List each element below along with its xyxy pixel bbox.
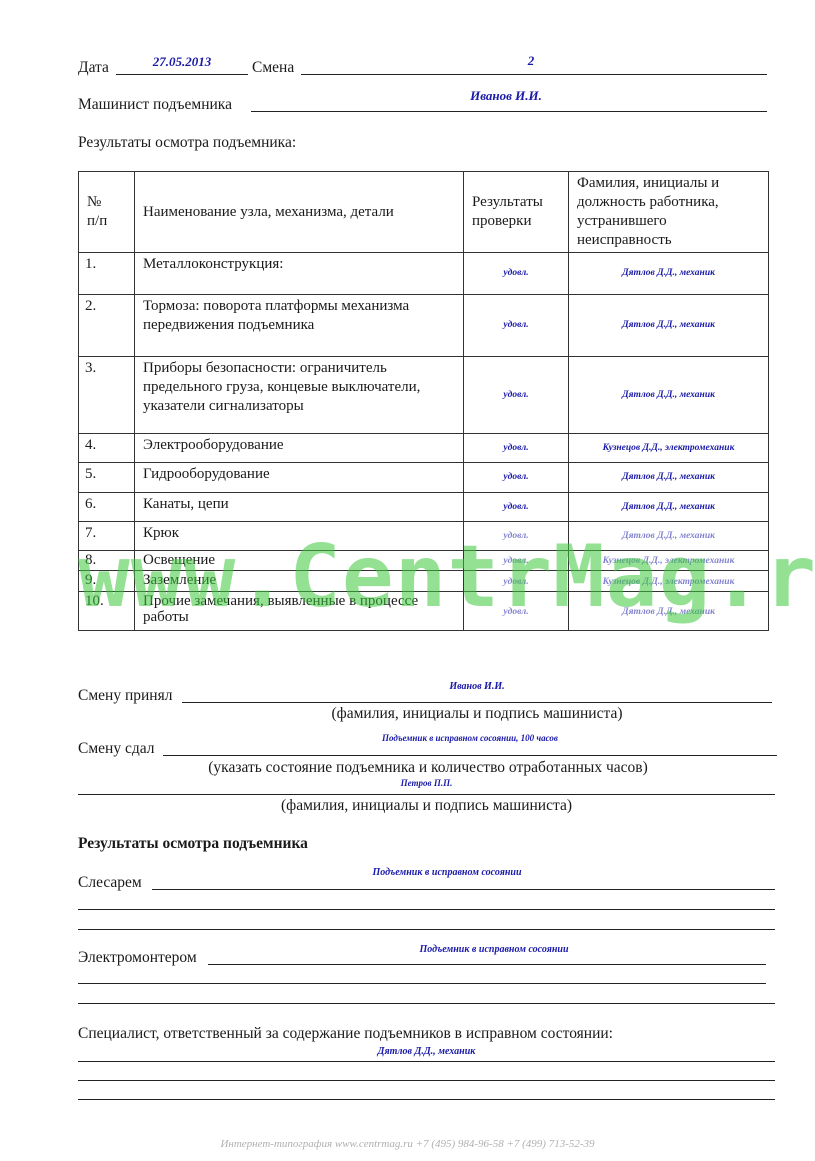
row-item-name: Канаты, цепи [135,493,464,522]
row-worker[interactable]: Дятлов Д.Д., механик [569,493,769,522]
operator-label: Машинист подъемника [78,96,232,114]
inspection-title: Результаты осмотра подъемника [78,835,308,853]
row-worker[interactable]: Дятлов Д.Д., механик [569,357,769,434]
row-worker[interactable]: Кузнецов Д.Д., электромеханик [569,551,769,571]
row-result[interactable]: удовл. [464,463,569,493]
shift-handed-value[interactable]: Подъемник в исправном сосоянии, 100 часо… [163,733,777,743]
row-worker[interactable]: Дятлов Д.Д., механик [569,592,769,631]
row-result[interactable]: удовл. [464,434,569,463]
shift-line [301,74,767,75]
locksmith-line-3 [78,929,775,930]
handed-by-caption: (фамилия, инициалы и подпись машиниста) [78,797,775,815]
operator-line [251,111,767,112]
row-result[interactable]: удовл. [464,522,569,551]
row-item-name: Заземление [135,571,464,592]
date-label: Дата [78,59,109,77]
handed-by-value[interactable]: Петров П.П. [78,778,775,788]
row-number: 7. [79,522,135,551]
table-row: 2.Тормоза: поворота платформы механизма … [79,295,769,357]
locksmith-value[interactable]: Подъемник в исправном сосоянии [152,867,742,878]
row-number: 3. [79,357,135,434]
table-row: 8.Освещениеудовл.Кузнецов Д.Д., электром… [79,551,769,571]
shift-value[interactable]: 2 [301,53,761,69]
date-line [116,74,248,75]
footer-contacts: Интернет-типография www.centrmag.ru +7 (… [0,1138,815,1150]
row-number: 6. [79,493,135,522]
row-item-name: Электрооборудование [135,434,464,463]
row-worker[interactable]: Дятлов Д.Д., механик [569,253,769,295]
table-header-row: № п/п Наименование узла, механизма, дета… [79,172,769,253]
col-result-header: Результаты проверки [464,172,569,253]
table-row: 5.Гидрооборудованиеудовл.Дятлов Д.Д., ме… [79,463,769,493]
row-item-name: Крюк [135,522,464,551]
row-result[interactable]: удовл. [464,295,569,357]
col-name-header: Наименование узла, механизма, детали [135,172,464,253]
electrician-label: Электромонтером [78,949,197,967]
specialist-line-3 [78,1099,775,1100]
electrician-line-2 [78,983,766,984]
date-value[interactable]: 27.05.2013 [116,54,248,70]
locksmith-label: Слесарем [78,874,142,892]
row-result[interactable]: удовл. [464,592,569,631]
operator-value[interactable]: Иванов И.И. [251,88,761,104]
row-worker[interactable]: Кузнецов Д.Д., электромеханик [569,571,769,592]
row-worker[interactable]: Кузнецов Д.Д., электромеханик [569,434,769,463]
specialist-label: Специалист, ответственный за содержание … [78,1025,613,1043]
electrician-line-1 [208,964,766,965]
row-number: 10. [79,592,135,631]
shift-accepted-label: Смену принял [78,687,172,705]
row-result[interactable]: удовл. [464,551,569,571]
row-number: 1. [79,253,135,295]
specialist-line-2 [78,1080,775,1081]
row-item-name: Прочие замечания, выявленные в процессе … [135,592,464,631]
specialist-line-1 [78,1061,775,1062]
shift-handed-label: Смену сдал [78,740,154,758]
row-worker[interactable]: Дятлов Д.Д., механик [569,522,769,551]
inspection-table: № п/п Наименование узла, механизма, дета… [78,171,769,631]
table-row: 6.Канаты, цепиудовл.Дятлов Д.Д., механик [79,493,769,522]
row-item-name: Металлоконструкция: [135,253,464,295]
shift-accepted-line [182,702,772,703]
electrician-line-3 [78,1003,775,1004]
results-title: Результаты осмотра подъемника: [78,134,296,152]
table-row: 4.Электрооборудованиеудовл.Кузнецов Д.Д.… [79,434,769,463]
row-result[interactable]: удовл. [464,493,569,522]
locksmith-line-2 [78,909,775,910]
shift-handed-line [163,755,777,756]
row-item-name: Приборы безопасности: ограничитель преде… [135,357,464,434]
table-row: 9.Заземлениеудовл.Кузнецов Д.Д., электро… [79,571,769,592]
handed-by-line [78,794,775,795]
row-worker[interactable]: Дятлов Д.Д., механик [569,295,769,357]
row-number: 4. [79,434,135,463]
table-row: 10.Прочие замечания, выявленные в процес… [79,592,769,631]
row-number: 2. [79,295,135,357]
row-number: 5. [79,463,135,493]
row-worker[interactable]: Дятлов Д.Д., механик [569,463,769,493]
table-row: 3.Приборы безопасности: ограничитель пре… [79,357,769,434]
specialist-value[interactable]: Дятлов Д.Д., механик [78,1046,775,1057]
row-result[interactable]: удовл. [464,357,569,434]
row-item-name: Освещение [135,551,464,571]
electrician-value[interactable]: Подъемник в исправном сосоянии [208,944,780,955]
shift-accepted-caption: (фамилия, инициалы и подпись машиниста) [182,705,772,723]
table-row: 1.Металлоконструкция:удовл.Дятлов Д.Д., … [79,253,769,295]
locksmith-line-1 [152,889,775,890]
row-number: 9. [79,571,135,592]
shift-label: Смена [252,59,294,77]
col-number-header: № п/п [79,172,135,253]
row-result[interactable]: удовл. [464,571,569,592]
shift-accepted-value[interactable]: Иванов И.И. [182,681,772,692]
row-item-name: Тормоза: поворота платформы механизма пе… [135,295,464,357]
row-result[interactable]: удовл. [464,253,569,295]
row-item-name: Гидрооборудование [135,463,464,493]
shift-handed-caption: (указать состояние подъемника и количест… [78,759,778,777]
table-row: 7.Крюкудовл.Дятлов Д.Д., механик [79,522,769,551]
row-number: 8. [79,551,135,571]
col-worker-header: Фамилия, инициалы и должность работника,… [569,172,769,253]
